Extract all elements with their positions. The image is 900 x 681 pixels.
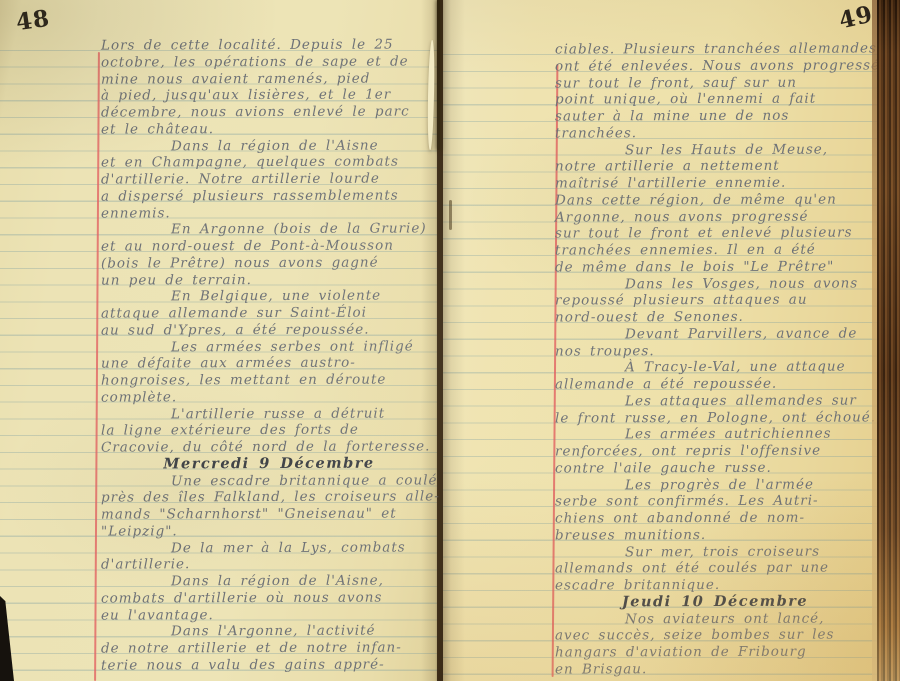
handwritten-line: de même dans le bois "Le Prêtre" (555, 258, 875, 276)
handwritten-line: En Argonne (bois de la Grurie) (101, 221, 437, 239)
handwritten-line: (bois le Prêtre) nous avons gagné (101, 254, 437, 272)
handwritten-line: décembre, nous avions enlevé le parc (101, 103, 437, 121)
handwritten-line: de notre artillerie et de notre infan- (101, 639, 437, 657)
handwritten-line: en Brisgau. (555, 660, 875, 678)
handwritten-line: L'artillerie russe a détruit (101, 405, 437, 423)
handwritten-line: nord-ouest de Senones. (555, 308, 875, 326)
handwritten-line: une défaite aux armées austro- (101, 355, 437, 373)
handwritten-line: mands "Scharnhorst" "Gneisenau" et (101, 505, 437, 523)
diary-page-49: 49 ciables. Plusieurs tranchées allemand… (443, 0, 880, 681)
handwritten-line: renforcées, ont repris l'offensive (555, 442, 875, 460)
handwritten-line: nos troupes. (555, 342, 875, 360)
handwritten-line: breuses munitions. (555, 526, 875, 544)
handwritten-line: a dispersé plusieurs rassemblements (101, 187, 437, 205)
handwritten-line: allemande a été repoussée. (555, 375, 875, 393)
handwritten-line: près des îles Falkland, les croiseurs al… (101, 489, 437, 507)
handwritten-text-block: Lors de cette localité. Depuis le 25octo… (101, 37, 437, 674)
handwritten-text-block: ciables. Plusieurs tranchées allemandeso… (555, 41, 875, 678)
handwritten-line: mine nous avaient ramenés, pied (101, 70, 437, 88)
handwritten-line: un peu de terrain. (101, 271, 437, 289)
handwritten-line: Les armées serbes ont infligé (101, 338, 437, 356)
handwritten-line: avec succès, seize bombes sur les (555, 627, 875, 645)
page-number: 49 (836, 1, 875, 35)
handwritten-line: et en Champagne, quelques combats (101, 154, 437, 172)
handwritten-line: eu l'avantage. (101, 606, 437, 624)
page-number: 48 (14, 5, 51, 36)
handwritten-line: Dans la région de l'Aisne (101, 137, 437, 155)
handwritten-line: tranchées. (555, 124, 875, 142)
handwritten-line: sur tout le front, sauf sur un (555, 74, 875, 92)
handwritten-line: Dans cette région, de même qu'en (555, 191, 875, 209)
handwritten-line: ont été enlevées. Nous avons progressé (555, 57, 875, 75)
handwritten-line: ciables. Plusieurs tranchées allemandes (555, 40, 875, 58)
handwritten-line: maîtrisé l'artillerie ennemie. (555, 174, 875, 192)
handwritten-line: Dans l'Argonne, l'activité (101, 623, 437, 641)
handwritten-line: En Belgique, une violente (101, 288, 437, 306)
handwritten-line: Sur les Hauts de Meuse, (555, 141, 875, 159)
handwritten-line: complète. (101, 388, 437, 406)
notebook-photo: 48 Lors de cette localité. Depuis le 25o… (0, 0, 900, 681)
handwritten-line: sauter à la mine une de nos (555, 107, 875, 125)
binding-crack (449, 200, 452, 230)
handwritten-line: hongroises, les mettant en déroute (101, 371, 437, 389)
handwritten-line: "Leipzig". (101, 522, 437, 540)
diary-page-48: 48 Lors de cette localité. Depuis le 25o… (0, 0, 437, 681)
handwritten-line: allemands ont été coulés par une (555, 560, 875, 578)
handwritten-line: octobre, les opérations de sape et de (101, 53, 437, 71)
handwritten-line: Une escadre britannique a coulé (101, 472, 437, 490)
handwritten-line: la ligne extérieure des forts de (101, 422, 437, 440)
handwritten-line: Lors de cette localité. Depuis le 25 (101, 36, 437, 54)
handwritten-line: Sur mer, trois croiseurs (555, 543, 875, 561)
handwritten-line: chiens ont abandonné de nom- (555, 509, 875, 527)
handwritten-line: Dans les Vosges, nous avons (555, 275, 875, 293)
handwritten-line: contre l'aile gauche russe. (555, 459, 875, 477)
handwritten-line: tranchées ennemies. Il en a été (555, 241, 875, 259)
handwritten-line: Les armées autrichiennes (555, 426, 875, 444)
handwritten-line: hangars d'aviation de Fribourg (555, 643, 875, 661)
handwritten-line: Nos aviateurs ont lancé, (555, 610, 875, 628)
red-margin-line (552, 64, 559, 677)
handwritten-line: Argonne, nous avons progressé (555, 208, 875, 226)
handwritten-line: notre artillerie a nettement (555, 158, 875, 176)
handwritten-line: Devant Parvillers, avance de (555, 325, 875, 343)
handwritten-line: serbe sont confirmés. Les Autri- (555, 493, 875, 511)
handwritten-line: Dans la région de l'Aisne, (101, 572, 437, 590)
handwritten-line: repoussé plusieurs attaques au (555, 292, 875, 310)
handwritten-line: au sud d'Ypres, a été repoussée. (101, 321, 437, 339)
handwritten-line: ennemis. (101, 204, 437, 222)
ruled-lines (443, 54, 880, 681)
handwritten-line: et le château. (101, 120, 437, 138)
handwritten-line: Les attaques allemandes sur (555, 392, 875, 410)
binding-crack (437, 0, 440, 150)
handwritten-line: le front russe, en Pologne, ont échoué. (555, 409, 875, 427)
handwritten-line: À Tracy-le-Val, une attaque (555, 359, 875, 377)
handwritten-line: et au nord-ouest de Pont-à-Mousson (101, 237, 437, 255)
handwritten-line: attaque allemande sur Saint-Éloi (101, 304, 437, 322)
handwritten-line: d'artillerie. (101, 556, 437, 574)
handwritten-line: Les progrès de l'armée (555, 476, 875, 494)
page-stack-edge (877, 0, 900, 681)
handwritten-line: d'artillerie. Notre artillerie lourde (101, 170, 437, 188)
handwritten-line: terie nous a valu des gains appré- (101, 656, 437, 674)
handwritten-line: à pied, jusqu'aux lisières, et le 1er (101, 87, 437, 105)
entry-date-header: Jeudi 10 Décembre (555, 593, 875, 611)
handwritten-line: sur tout le front et enlevé plusieurs (555, 225, 875, 243)
handwritten-line: Cracovie, du côté nord de la forteresse. (101, 438, 437, 456)
handwritten-line: escadre britannique. (555, 576, 875, 594)
handwritten-line: De la mer à la Lys, combats (101, 539, 437, 557)
entry-date-header: Mercredi 9 Décembre (101, 455, 437, 473)
handwritten-line: point unique, où l'ennemi a fait (555, 91, 875, 109)
handwritten-line: combats d'artillerie où nous avons (101, 589, 437, 607)
